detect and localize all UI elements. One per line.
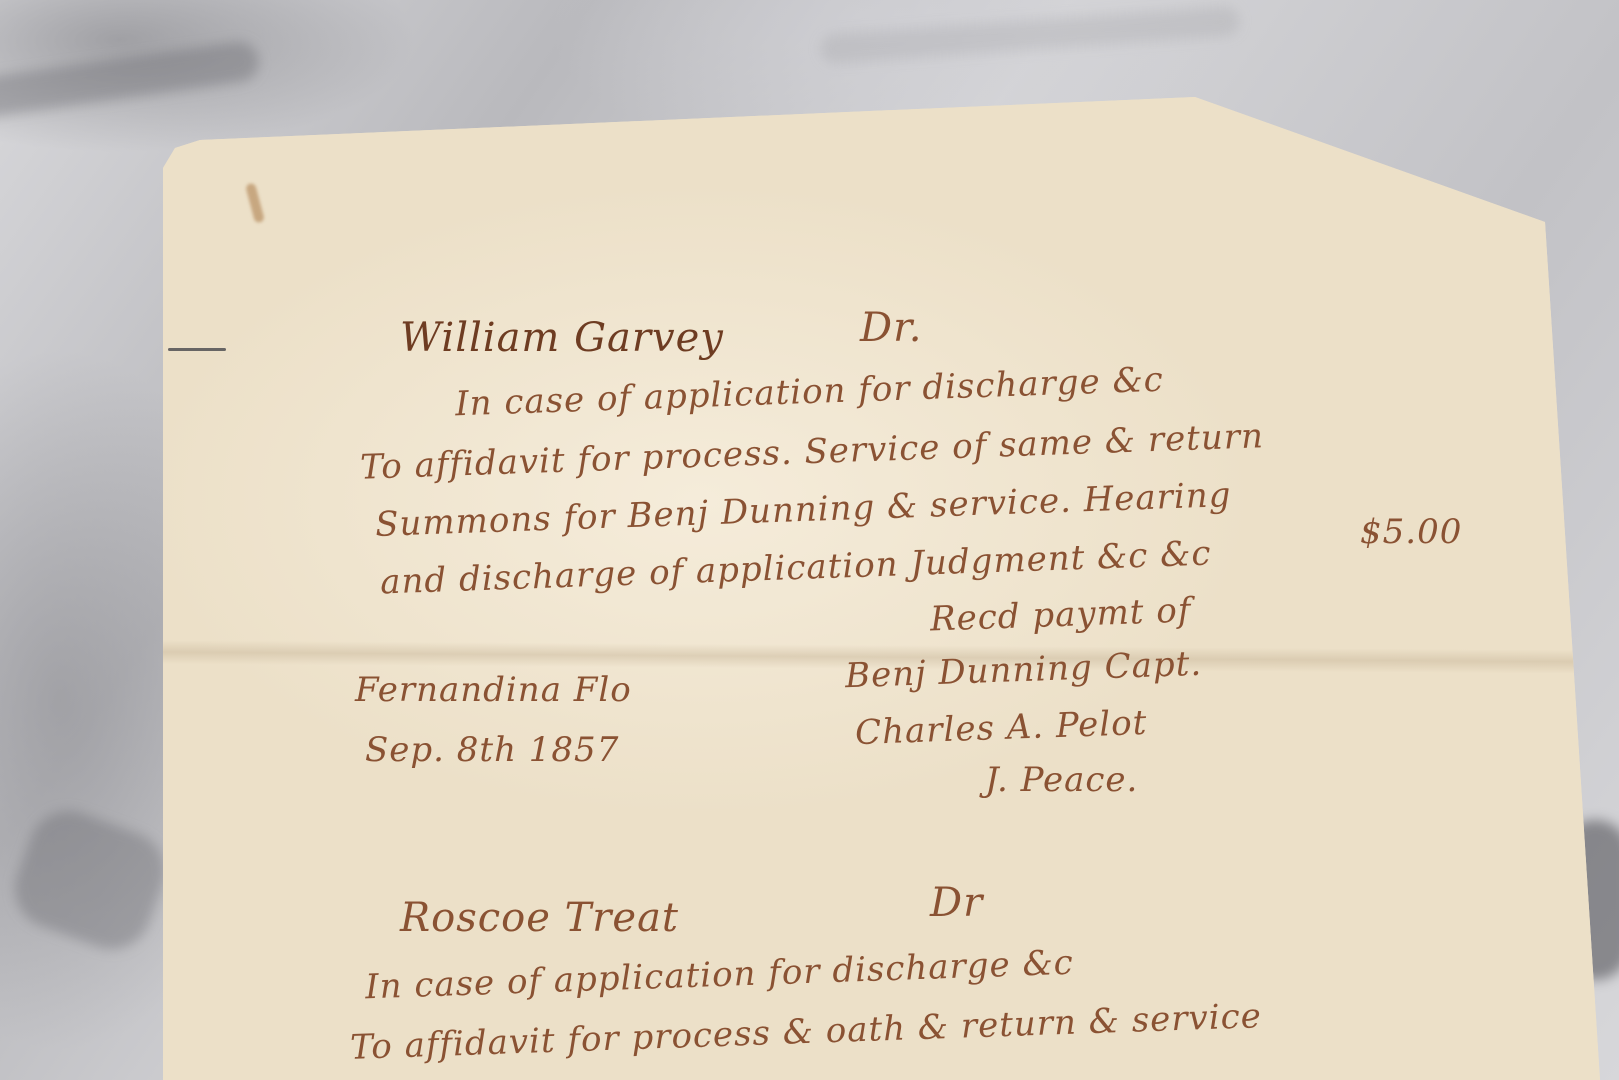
entry1-dr: Dr.	[860, 305, 923, 351]
entry1-date: Sep. 8th 1857	[365, 730, 619, 770]
entry2-dr: Dr	[930, 880, 983, 926]
entry2-line-1: In case of application for discharge &c	[365, 943, 1075, 1008]
entry1-line-1: In case of application for discharge &c	[455, 360, 1165, 425]
entry2-name: Roscoe Treat	[400, 895, 679, 941]
ink-stain	[245, 182, 265, 223]
receipt-line-3: Charles A. Pelot	[854, 703, 1148, 753]
entry1-line-4: and discharge of application Judgment &c…	[380, 534, 1213, 603]
entry1-amount: $5.00	[1360, 512, 1462, 552]
receipt-line-4: J. Peace.	[985, 760, 1138, 800]
marble-vein	[4, 800, 177, 961]
entry1-line-2: To affidavit for process. Service of sam…	[360, 416, 1265, 488]
entry1-name: William Garvey	[400, 315, 724, 361]
marble-vein	[0, 39, 261, 120]
receipt-line-1: Recd paymt of	[929, 590, 1192, 639]
entry1-place: Fernandina Flo	[355, 670, 632, 710]
pencil-mark	[168, 348, 226, 351]
document-paper: William Garvey Dr. In case of applicatio…	[0, 0, 1619, 1080]
entry2-line-2: To affidavit for process & oath & return…	[350, 996, 1263, 1068]
entry1-line-3: Summons for Benj Dunning & service. Hear…	[375, 475, 1233, 545]
marble-vein	[819, 5, 1240, 64]
